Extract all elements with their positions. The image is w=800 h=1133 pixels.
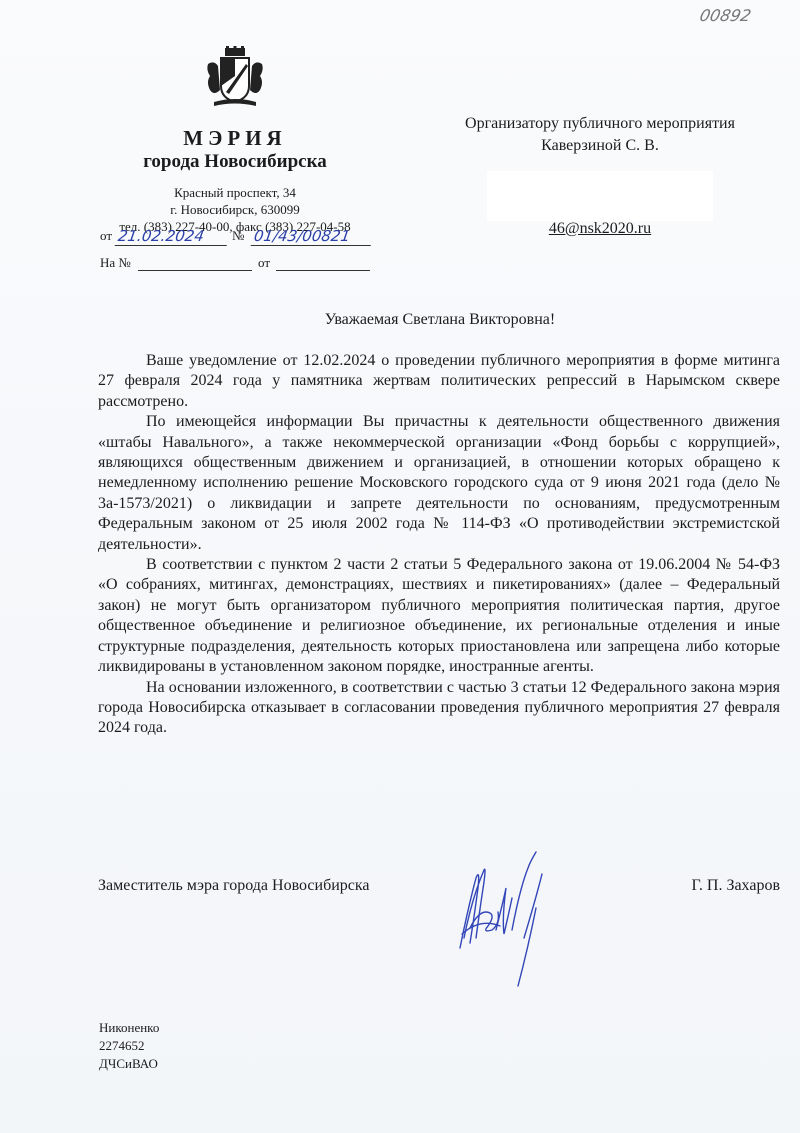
org-subtitle: города Новосибирска [90, 150, 380, 174]
org-title: МЭРИЯ [90, 126, 380, 150]
ref-from-label: от [258, 255, 270, 271]
executor-name: Никоненко [99, 1019, 159, 1037]
executor-block: Никоненко 2274652 ДЧСиВАО [99, 1019, 159, 1073]
registration-number-handwritten: 01/43/00821 [251, 227, 374, 246]
executor-phone: 2274652 [99, 1037, 159, 1055]
signer-position: Заместитель мэра города Новосибирска [98, 877, 370, 895]
date-label: от [100, 228, 112, 244]
signer-name: Г. П. Захаров [691, 877, 780, 895]
sender-address-line: г. Новосибирск, 630099 [90, 201, 380, 218]
number-label: № [232, 228, 244, 244]
handwritten-signature-icon [440, 838, 570, 988]
body-paragraph: По имеющейся информации Вы причастны к д… [98, 412, 780, 555]
addressee-name: Каверзиной С. В. [420, 135, 780, 157]
signature-row: Заместитель мэра города Новосибирска Г. … [98, 877, 780, 901]
letter-page: 00892 МЭРИЯ города Новосибирска Красный … [0, 0, 800, 1133]
incoming-number-handwritten: 00892 [698, 6, 753, 25]
ref-number-blank [138, 257, 252, 271]
body-paragraph: В соответствии с пунктом 2 части 2 стать… [98, 555, 780, 677]
executor-department: ДЧСиВАО [99, 1055, 159, 1073]
registration-date-handwritten: 21.02.2024 [115, 227, 230, 246]
reference-line: На № от [100, 253, 380, 275]
letter-body: Ваше уведомление от 12.02.2024 о проведе… [98, 351, 780, 739]
addressee-role: Организатору публичного мероприятия [420, 113, 780, 135]
addressee-block: Организатору публичного мероприятия Каве… [420, 113, 780, 157]
body-paragraph: На основании изложенного, в соответствии… [98, 678, 780, 739]
ref-number-label: На № [100, 255, 131, 271]
sender-address-line: Красный проспект, 34 [90, 184, 380, 201]
redacted-area [487, 171, 713, 221]
ref-date-blank [276, 257, 370, 271]
registration-line: от 21.02.2024 № 01/43/00821 [100, 226, 380, 248]
addressee-email: 46@nsk2020.ru [420, 220, 780, 238]
sender-header: МЭРИЯ города Новосибирска Красный проспе… [90, 46, 380, 235]
body-paragraph: Ваше уведомление от 12.02.2024 о проведе… [98, 351, 780, 412]
greeting: Уважаемая Светлана Викторовна! [90, 311, 790, 329]
coat-of-arms-icon [204, 46, 266, 112]
